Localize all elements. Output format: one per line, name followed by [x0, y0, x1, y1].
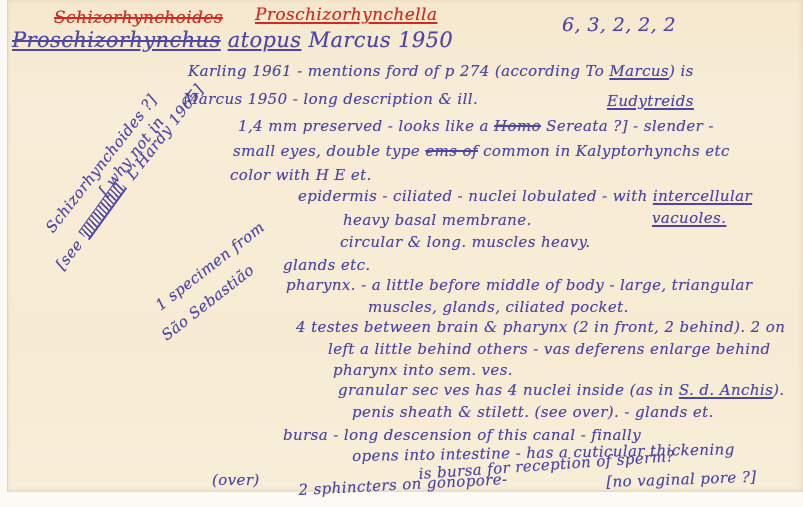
- basal-membrane: heavy basal membrane.: [343, 211, 532, 229]
- hand-text: Homo: [494, 117, 541, 135]
- hand-text: pharynx into sem. ves.: [333, 361, 513, 379]
- testes-2: left a little behind others - vas defere…: [328, 340, 771, 358]
- old-genus-red: Schizorhynchoides: [54, 8, 223, 28]
- glands: glands etc.: [283, 256, 371, 274]
- ref-marcus: Marcus 1950 - long description & ill.: [183, 90, 478, 108]
- hand-text: bursa - long descension of this canal - …: [283, 426, 641, 444]
- hand-text: Marcus: [609, 62, 669, 80]
- ref-karling: Karling 1961 - mentions ford of p 274 (a…: [188, 62, 694, 80]
- hand-text: 6, 3, 2, 2, 2: [562, 14, 676, 36]
- group-note: Eudytreids: [607, 92, 694, 110]
- hand-text: ).: [773, 381, 784, 399]
- vaginal-pore: [no vaginal pore ?]: [606, 468, 757, 491]
- hand-text: muscles, glands, ciliated pocket.: [368, 298, 629, 316]
- hand-text: vacuoles.: [652, 209, 726, 227]
- hand-text: epidermis - ciliated - nuclei lobulated …: [298, 187, 653, 205]
- penis: penis sheath & stilett. (see over). - gl…: [352, 403, 714, 421]
- hand-text: S. d. Anchis: [679, 381, 773, 399]
- hand-text: ems of: [425, 142, 478, 160]
- hand-text: 4 testes between brain & pharynx (2 in f…: [296, 318, 785, 336]
- hand-text: ) is: [669, 62, 694, 80]
- pharynx-1: pharynx. - a little before middle of bod…: [286, 276, 752, 294]
- color-note: color with H E et.: [230, 166, 372, 184]
- hand-text: [no vaginal pore ?]: [606, 468, 757, 491]
- hand-text: Eudytreids: [607, 92, 694, 110]
- hand-text: atopus: [228, 28, 302, 52]
- muscles: circular & long. muscles heavy.: [340, 233, 591, 251]
- pharynx-2: muscles, glands, ciliated pocket.: [368, 298, 629, 316]
- hand-text: left a little behind others - vas defere…: [328, 340, 771, 358]
- bursa-1: bursa - long descension of this canal - …: [283, 426, 641, 444]
- hand-text: heavy basal membrane.: [343, 211, 532, 229]
- hand-text: small eyes, double type: [233, 142, 425, 160]
- hand-text: Proschizorhynchella: [255, 5, 437, 25]
- ink-layer: SchizorhynchoidesProschizorhynchellaPros…: [0, 0, 803, 507]
- hand-text: circular & long. muscles heavy.: [340, 233, 591, 251]
- hand-text: color with H E et.: [230, 166, 372, 184]
- vacuoles: vacuoles.: [652, 209, 726, 227]
- eyes: small eyes, double type ems of common in…: [233, 142, 730, 160]
- epidermis: epidermis - ciliated - nuclei lobulated …: [298, 187, 752, 205]
- hand-text: granular sec ves has 4 nuclei inside (as…: [338, 381, 679, 399]
- hand-text: [221, 28, 228, 52]
- testes-1: 4 testes between brain & pharynx (2 in f…: [296, 318, 785, 336]
- body-size: 1,4 mm preserved - looks like a Homo Ser…: [238, 117, 714, 135]
- hand-text: 1,4 mm preserved - looks like a: [238, 117, 494, 135]
- hand-text: Schizorhynchoides: [54, 8, 223, 28]
- species-title: Proschizorhynchus atopus Marcus 1950: [12, 28, 453, 52]
- hand-text: Sereata ?] - slender -: [541, 117, 714, 135]
- hand-text: Karling 1961 - mentions ford of p 274 (a…: [188, 62, 609, 80]
- hand-text: [see: [52, 232, 90, 273]
- hand-text: (over): [212, 471, 260, 489]
- testes-3: pharynx into sem. ves.: [333, 361, 513, 379]
- hand-text: penis sheath & stilett. (see over). - gl…: [352, 403, 714, 421]
- hand-text: pharynx. - a little before middle of bod…: [286, 276, 752, 294]
- over-mark: (over): [212, 471, 260, 489]
- new-genus-red: Proschizorhynchella: [255, 5, 437, 25]
- hand-text: Marcus 1950 - long description & ill.: [183, 90, 478, 108]
- scanned-card: SchizorhynchoidesProschizorhynchellaPros…: [0, 0, 803, 507]
- hand-text: Marcus 1950: [301, 28, 453, 52]
- hand-text: glands etc.: [283, 256, 371, 274]
- hand-text: 2 sphincters on gonopore-: [298, 470, 508, 499]
- hand-text: intercellular: [653, 187, 752, 205]
- margin-query-3: [see L'Hardy 1965]: [52, 81, 208, 273]
- formula-code: 6, 3, 2, 2, 2: [562, 14, 676, 36]
- gonopore: 2 sphincters on gonopore-: [298, 470, 508, 499]
- hand-text: Proschizorhynchus: [12, 28, 221, 52]
- granular-vesicle: granular sec ves has 4 nuclei inside (as…: [338, 381, 785, 399]
- hand-text: common in Kalyptorhynchs etc: [478, 142, 730, 160]
